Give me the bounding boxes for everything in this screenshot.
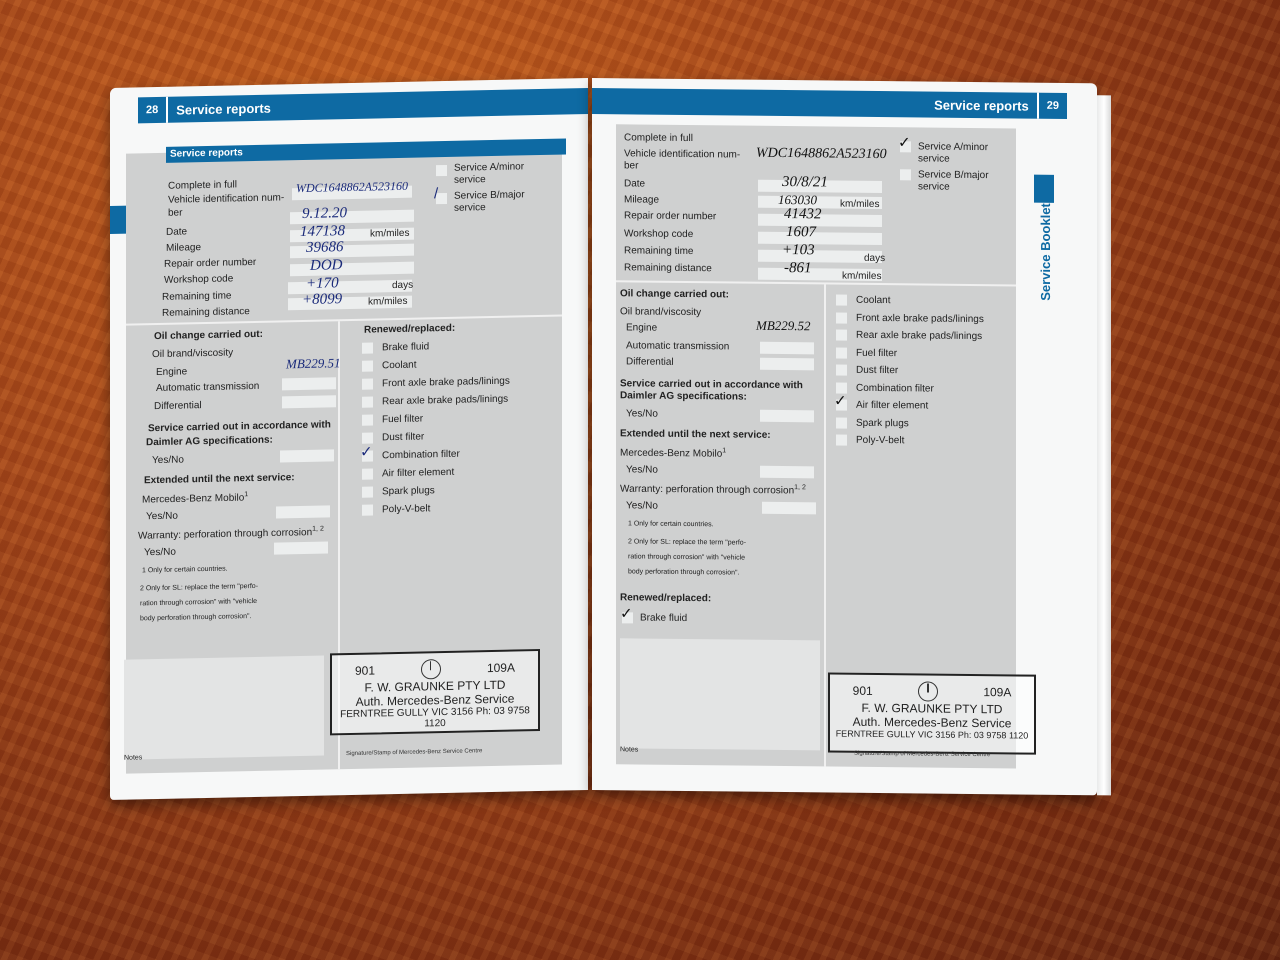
oil-brand-label: Oil brand/viscosity — [152, 347, 233, 360]
service-b-label: Service B/major — [918, 169, 989, 181]
service-a-label-2: service — [454, 174, 486, 186]
repair-label: Repair order number — [624, 210, 716, 222]
remaining-distance-unit: km/miles — [368, 296, 407, 308]
auto-transmission-field[interactable] — [282, 377, 336, 390]
page-number: 28 — [138, 97, 168, 124]
workshop-label: Workshop code — [624, 228, 693, 240]
engine-label: Engine — [156, 366, 187, 378]
check-mark-icon: / — [434, 185, 438, 202]
renewed-item-label: Coolant — [856, 295, 890, 306]
service-b-checkbox[interactable] — [900, 169, 911, 180]
remaining-distance-label: Remaining distance — [162, 306, 250, 319]
renewed-item-label: Spark plugs — [382, 485, 435, 497]
auto-transmission-field[interactable] — [760, 342, 814, 355]
mobilo-label: Mercedes-Benz Mobilo1 — [142, 491, 248, 506]
auto-transmission-label: Automatic transmission — [626, 340, 729, 352]
check-mark-icon: ✓ — [620, 604, 633, 622]
header-title: Service reports — [926, 97, 1037, 113]
complete-label: Complete in full — [624, 132, 693, 144]
renewed-checkbox[interactable] — [362, 505, 373, 516]
mobilo-yesno: Yes/No — [146, 511, 178, 523]
renewed-item-label: Dust filter — [382, 431, 424, 443]
remaining-time-unit: days — [864, 253, 885, 264]
renewed-checkbox[interactable] — [362, 379, 373, 390]
warranty-label: Warranty: perforation through corrosion1… — [620, 482, 806, 496]
renewed-item-label: Dust filter — [856, 365, 898, 376]
remaining-time-value: +170 — [306, 275, 339, 293]
service-a-label: Service A/minor — [454, 161, 524, 173]
left-page-header: 28 Service reports — [138, 88, 588, 123]
renewed-item-label: Brake fluid — [382, 341, 429, 353]
extended-heading: Extended until the next service: — [620, 428, 771, 441]
renewed-checkbox[interactable] — [836, 312, 847, 323]
oil-heading: Oil change carried out: — [154, 329, 263, 342]
renewed-checkbox[interactable] — [362, 343, 373, 354]
date-value: 9.12.20 — [302, 205, 347, 223]
daimler-heading-1: Service carried out in accordance with — [620, 378, 803, 391]
complete-label: Complete in full — [168, 179, 237, 191]
differential-label: Differential — [154, 400, 202, 412]
repair-label: Repair order number — [164, 257, 256, 270]
renewed-list: CoolantFront axle brake pads/liningsRear… — [592, 78, 1097, 83]
oil-heading: Oil change carried out: — [620, 288, 729, 300]
workshop-value: 1607 — [786, 224, 816, 241]
dealer-stamp: 901109A F. W. GRAUNKE PTY LTD Auth. Merc… — [330, 649, 540, 735]
renewed-item-label: Air filter element — [382, 467, 454, 480]
renewed-checkbox[interactable] — [362, 415, 373, 426]
workshop-value: DOD — [310, 257, 343, 275]
check-mark-icon: ✓ — [834, 392, 847, 410]
service-a-label: Service A/minor — [918, 141, 988, 153]
renewed-item-label: Combination filter — [856, 382, 934, 394]
renewed-item-label: Combination filter — [382, 449, 460, 462]
mercedes-star-icon — [918, 681, 938, 701]
date-label: Date — [624, 178, 645, 189]
mileage-label: Mileage — [166, 242, 201, 254]
warranty-yesno: Yes/No — [144, 547, 176, 559]
vin-label: Vehicle identification num- — [624, 148, 740, 160]
notes-box[interactable] — [124, 656, 324, 760]
renewed-heading: Renewed/replaced: — [620, 592, 711, 604]
brake-fluid-label: Brake fluid — [640, 613, 687, 624]
renewed-item-label: Poly-V-belt — [856, 435, 904, 447]
remaining-time-label: Remaining time — [162, 290, 231, 302]
right-page: Service reports 29 Service Booklet Compl… — [592, 78, 1097, 795]
warranty-yesno: Yes/No — [626, 500, 658, 511]
differential-field[interactable] — [760, 358, 814, 371]
daimler-field[interactable] — [280, 449, 334, 462]
remaining-distance-unit: km/miles — [842, 271, 881, 282]
mobilo-label: Mercedes-Benz Mobilo1 — [620, 446, 726, 459]
divider — [824, 284, 826, 766]
service-b-label-2: service — [454, 202, 486, 214]
repair-value: 39686 — [306, 239, 344, 257]
side-tab-marker — [1034, 175, 1054, 203]
daimler-yesno: Yes/No — [626, 408, 658, 419]
repair-value: 41432 — [784, 206, 822, 223]
renewed-item-label: Spark plugs — [856, 417, 909, 429]
service-b-label: Service B/major — [454, 189, 525, 201]
footnote-2c: body perforation through corrosion". — [628, 568, 739, 576]
vin-value: WDC1648862A523160 — [296, 179, 408, 196]
remaining-distance-value: +8099 — [302, 291, 342, 309]
mobilo-field[interactable] — [760, 466, 814, 479]
service-b-label-2: service — [918, 181, 950, 192]
differential-label: Differential — [626, 356, 674, 367]
renewed-checkbox[interactable] — [836, 365, 847, 376]
footnote-2a: 2 Only for SL: replace the term "perfo- — [628, 538, 746, 546]
renewed-item-label: Rear axle brake pads/linings — [856, 330, 982, 342]
header-title: Service reports — [168, 100, 279, 117]
renewed-checkbox[interactable] — [362, 397, 373, 408]
daimler-heading-2: Daimler AG specifications: — [620, 390, 747, 402]
remaining-time-value: +103 — [782, 242, 815, 259]
check-mark-icon: ✓ — [898, 133, 911, 151]
auto-transmission-label: Automatic transmission — [156, 381, 259, 394]
renewed-heading: Renewed/replaced: — [364, 323, 455, 336]
service-a-label-2: service — [918, 153, 950, 164]
footnote-1: 1 Only for certain countries. — [628, 520, 714, 528]
notes-label: Notes — [620, 746, 638, 753]
renewed-checkbox[interactable] — [362, 487, 373, 498]
renewed-checkbox[interactable] — [836, 417, 847, 428]
renewed-list: Brake fluidCoolantFront axle brake pads/… — [110, 78, 588, 88]
renewed-checkbox[interactable] — [362, 469, 373, 480]
remaining-time-label: Remaining time — [624, 245, 693, 257]
warranty-field[interactable] — [274, 541, 328, 554]
vin-label-2: ber — [168, 207, 182, 218]
differential-field[interactable] — [282, 395, 336, 408]
warranty-field[interactable] — [762, 502, 816, 515]
renewed-item-label: Poly-V-belt — [382, 503, 430, 515]
vin-label-2: ber — [624, 160, 638, 171]
engine-oil-value: MB229.51 — [286, 355, 341, 372]
mileage-unit: km/miles — [370, 228, 409, 240]
mobilo-field[interactable] — [276, 505, 330, 518]
notes-label: Notes — [124, 754, 142, 761]
workshop-label: Workshop code — [164, 273, 233, 285]
remaining-time-unit: days — [392, 280, 413, 291]
renewed-checkbox[interactable] — [836, 330, 847, 341]
page-number: 29 — [1037, 93, 1067, 119]
mobilo-yesno: Yes/No — [626, 464, 658, 475]
engine-label: Engine — [626, 322, 657, 333]
side-label: Service Booklet — [1038, 203, 1053, 301]
remaining-distance-value: -861 — [784, 260, 812, 277]
daimler-field[interactable] — [760, 410, 814, 423]
page-edge — [1097, 95, 1111, 795]
mercedes-star-icon — [421, 659, 441, 679]
renewed-item-label: Front axle brake pads/linings — [856, 312, 984, 324]
check-mark-icon: ✓ — [360, 443, 373, 461]
vin-value: WDC1648862A523160 — [756, 146, 887, 163]
renewed-item-label: Fuel filter — [382, 413, 423, 425]
daimler-yesno: Yes/No — [152, 454, 184, 466]
renewed-checkbox[interactable] — [836, 347, 847, 358]
renewed-item-label: Fuel filter — [856, 347, 897, 358]
notes-box[interactable] — [620, 638, 820, 750]
service-booklet: 28 Service reports Service Booklet Servi… — [110, 78, 1120, 798]
service-a-checkbox[interactable] — [436, 165, 447, 176]
date-label: Date — [166, 226, 187, 237]
mileage-label: Mileage — [624, 194, 659, 205]
mileage-unit: km/miles — [840, 199, 879, 210]
workshop-field[interactable] — [758, 232, 882, 245]
date-value: 30/8/21 — [782, 174, 828, 191]
remaining-distance-label: Remaining distance — [624, 262, 712, 274]
oil-brand-label: Oil brand/viscosity — [620, 306, 701, 318]
right-page-header: Service reports 29 — [592, 88, 1067, 119]
left-page: 28 Service reports Service Booklet Servi… — [110, 78, 588, 800]
renewed-item-label: Air filter element — [856, 400, 928, 412]
renewed-checkbox[interactable] — [836, 435, 847, 446]
renewed-item-label: Coolant — [382, 360, 416, 372]
renewed-checkbox[interactable] — [362, 361, 373, 372]
engine-oil-value: MB229.52 — [756, 318, 811, 335]
footnote-2b: ration through corrosion" with "vehicle — [628, 553, 745, 561]
renewed-checkbox[interactable] — [836, 295, 847, 306]
dealer-stamp: 901109A F. W. GRAUNKE PTY LTD Auth. Merc… — [828, 672, 1036, 754]
